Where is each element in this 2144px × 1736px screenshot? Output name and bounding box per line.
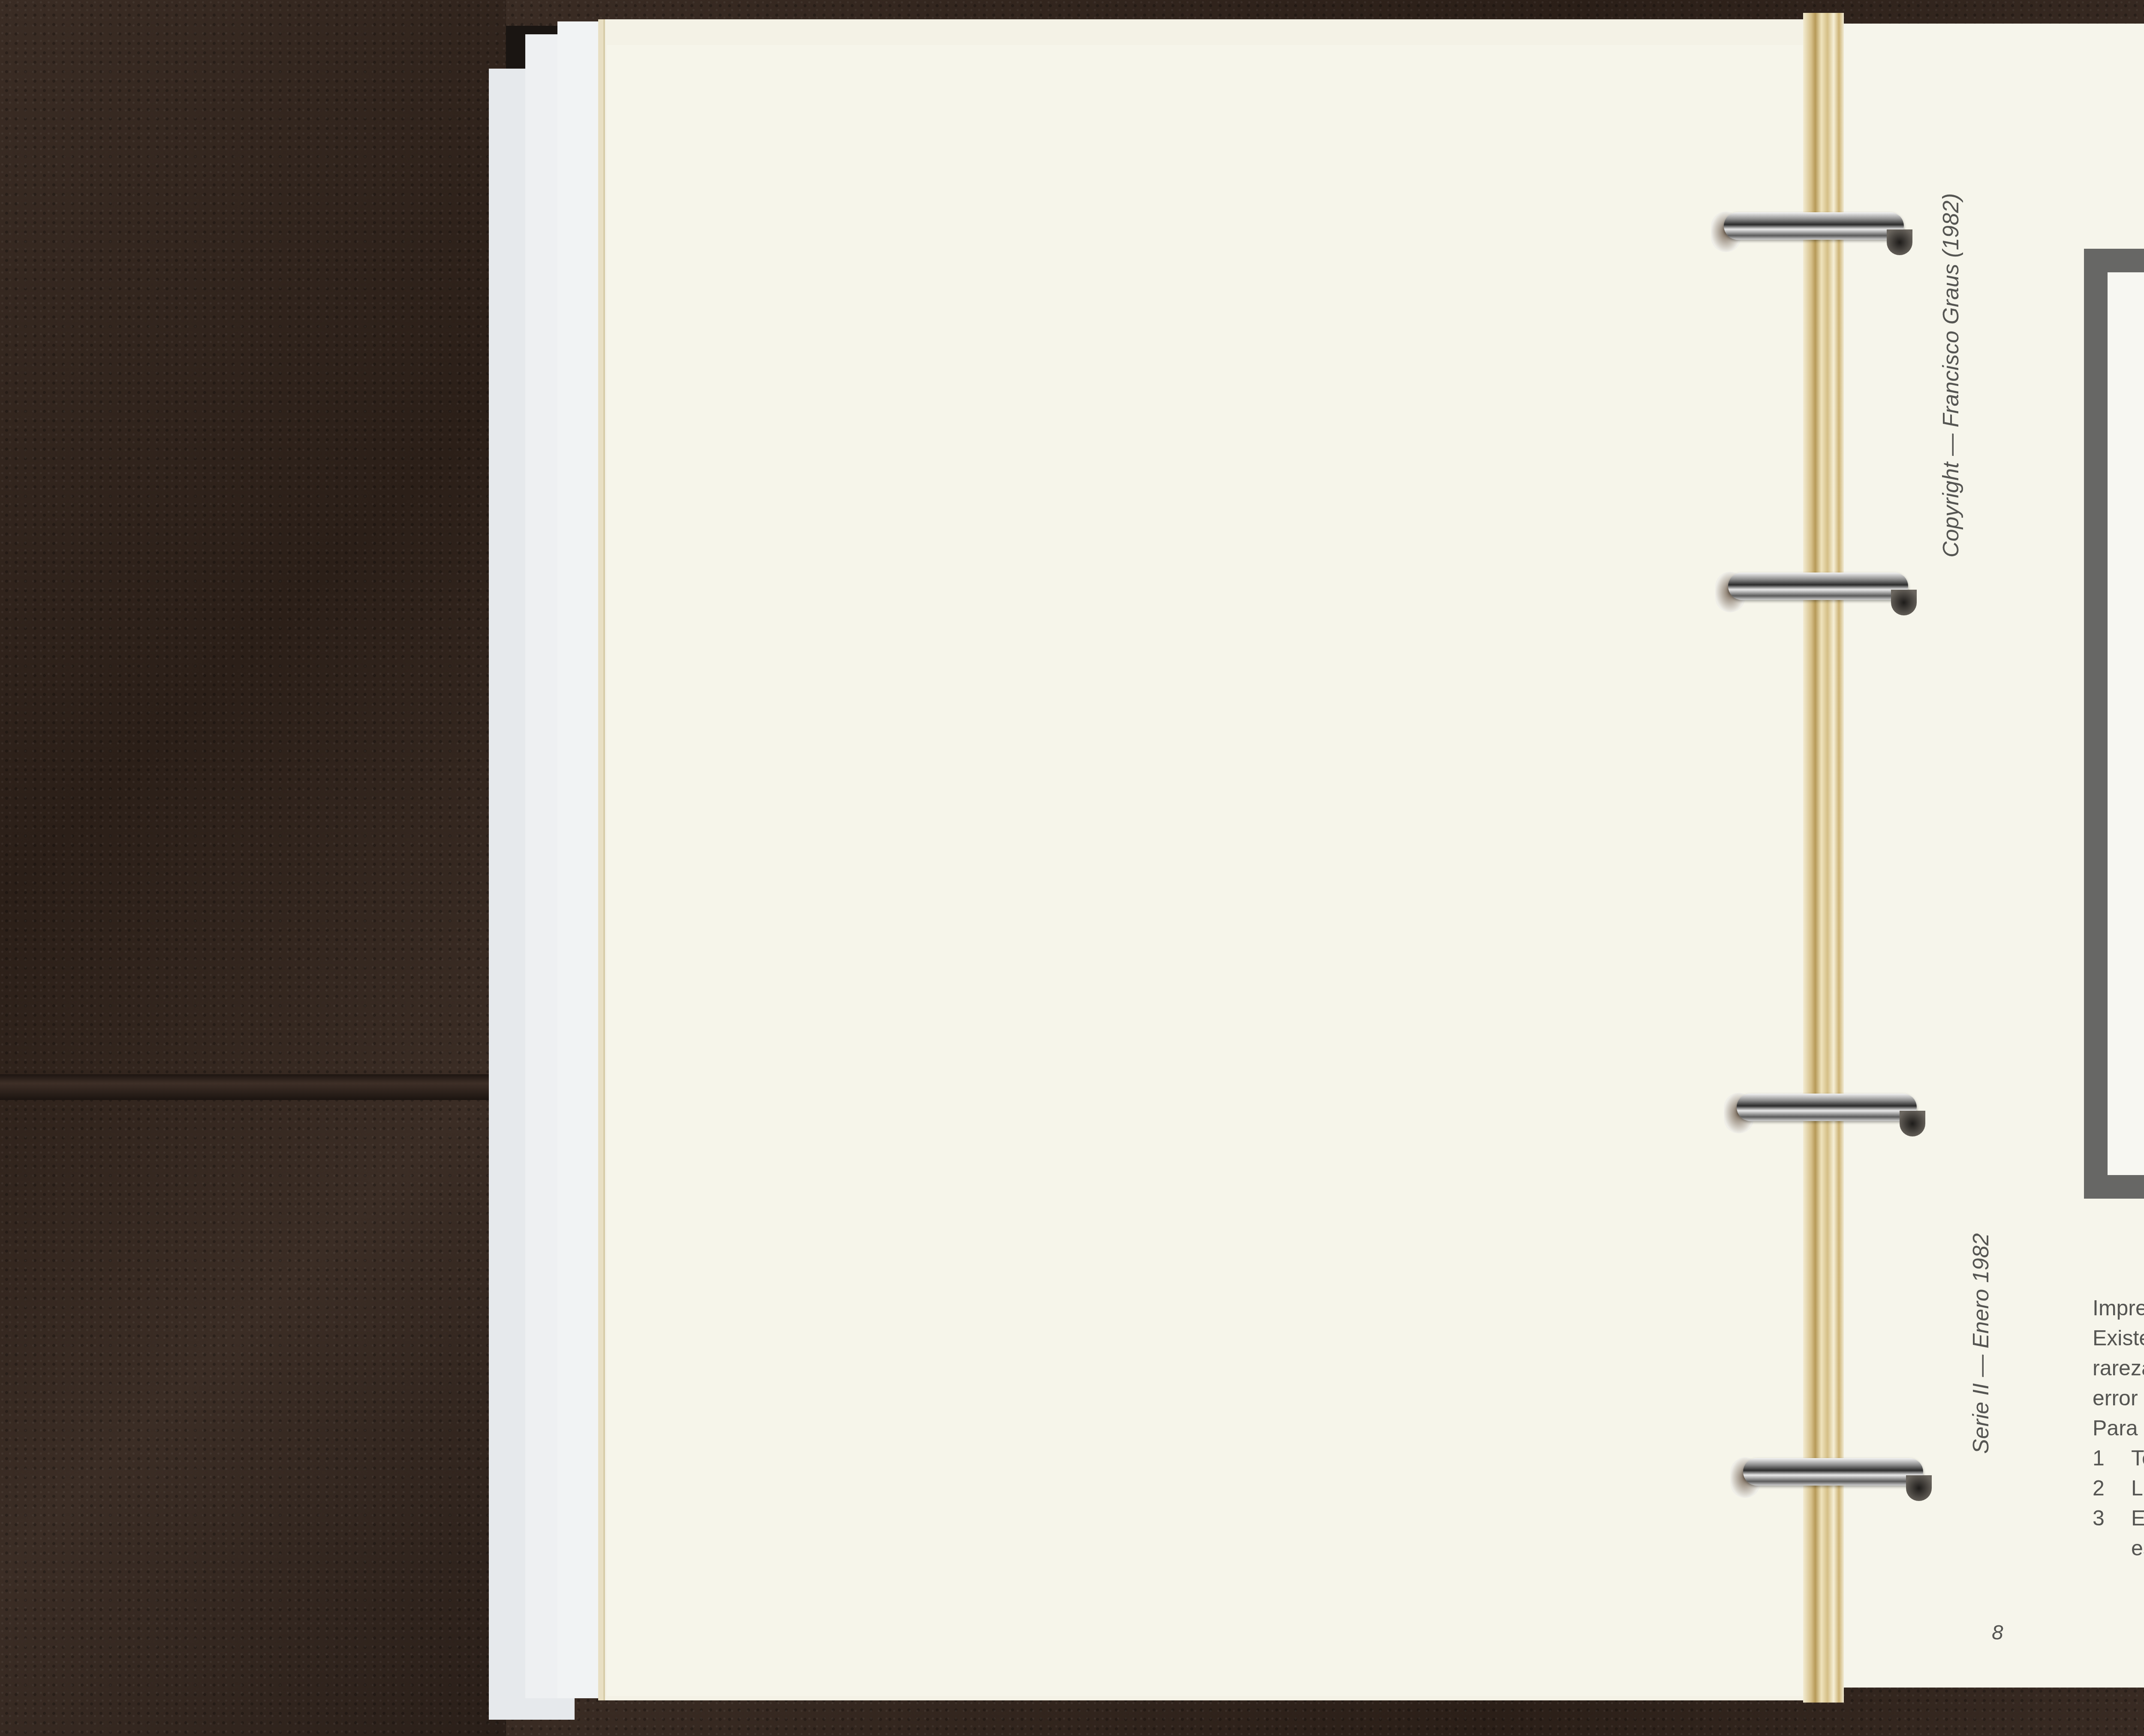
checklist-item: 1Terminación en punta muy fina del vérti…: [2093, 1443, 2144, 1473]
checklist-item: 2La punta del primer «1» de 1851 suele t…: [2093, 1473, 2144, 1503]
description-paragraph: Existe en tonalidades que van del azul a…: [2093, 1323, 2144, 1413]
checklist-item: 3En el adorno inferior derecho las volut…: [2093, 1503, 2144, 1563]
binder-ring-3[interactable]: [1724, 1089, 1925, 1136]
stamp-margin: ❦ ❦ ❦ ❦ SEIS CERTIFO. REALES. CORREOS 18…: [2108, 272, 2144, 1175]
ring-hole: [1891, 590, 1917, 615]
left-page-blank: [607, 45, 1803, 1696]
folio-number: 8: [1992, 1621, 2003, 1645]
description-paragraph: Para identificar este sello debe examina…: [2093, 1413, 2144, 1443]
stamp-illustration[interactable]: ❦ ❦ ❦ ❦ SEIS CERTIFO. REALES. CORREOS 18…: [2084, 249, 2144, 1199]
description-paragraph: Impreso por tipografía en hojas de 170 c…: [2093, 1293, 2144, 1323]
stamp-description: Impreso por tipografía en hojas de 170 c…: [2093, 1293, 2144, 1563]
binder-ring-1[interactable]: [1711, 208, 1912, 255]
binder-cover-left: [0, 0, 506, 1736]
binder-ring-4[interactable]: [1730, 1454, 1932, 1501]
ring-bar: [1724, 212, 1904, 240]
copyright-notice: Copyright — Francisco Graus (1982): [1938, 193, 1964, 558]
ring-bar: [1737, 1094, 1917, 1121]
ring-hole: [1887, 229, 1912, 255]
binder-ring-2[interactable]: [1715, 568, 1917, 615]
ring-bar: [1743, 1458, 1923, 1486]
identification-checklist: 1Terminación en punta muy fina del vérti…: [2093, 1443, 2144, 1563]
ring-bar: [1728, 573, 1908, 600]
ring-hole: [1906, 1475, 1932, 1501]
cover-strap: [0, 1074, 497, 1100]
page-stack-spine: [1803, 13, 1844, 1703]
ring-hole: [1900, 1111, 1925, 1136]
edition-notice: Serie II — Enero 1982: [1968, 1233, 1994, 1454]
